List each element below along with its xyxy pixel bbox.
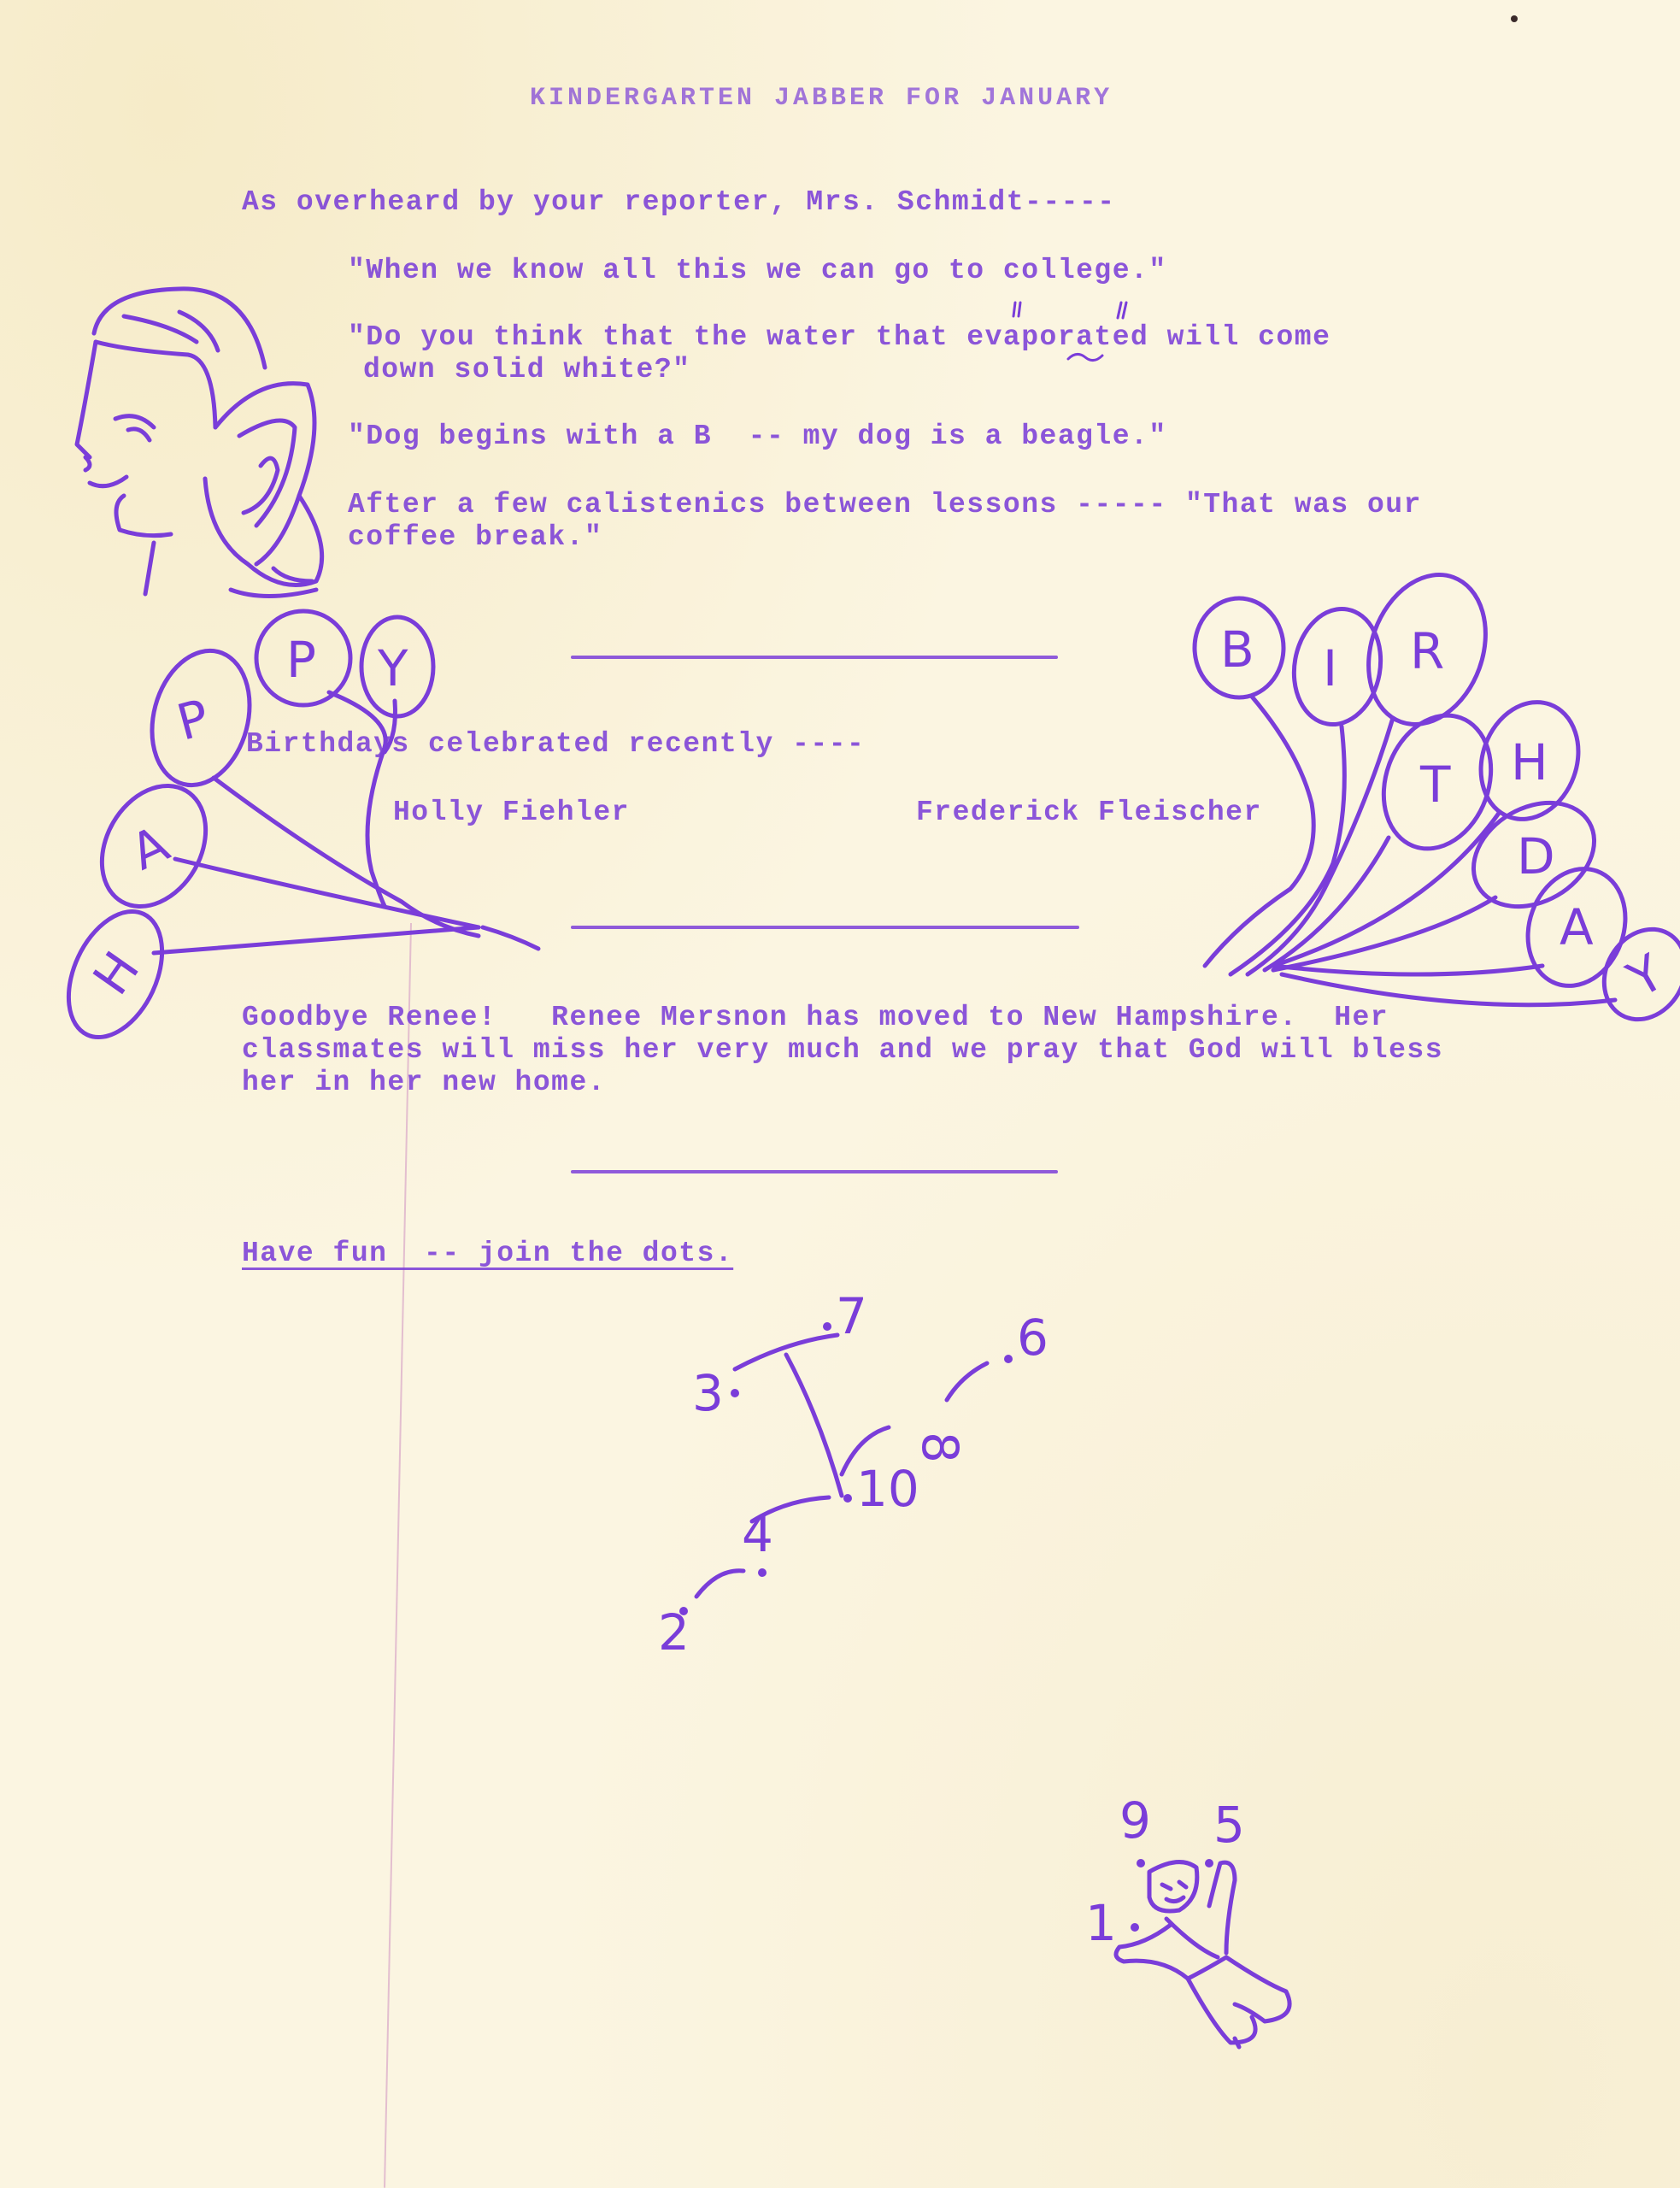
paper-speck (1511, 15, 1518, 22)
calisthenics-line2: coffee break." (348, 521, 602, 553)
dot-label-3: 3 (692, 1364, 724, 1422)
divider-rule-3 (571, 1170, 1058, 1173)
balloon-letter-h2: H (1511, 733, 1548, 791)
goodbye-line1: Goodbye Renee! Renee Mersnon has moved t… (242, 1002, 1389, 1033)
birthday-name-holly: Holly Fiehler (393, 797, 630, 828)
balloon-letter-t: T (1419, 756, 1451, 814)
jumping-figure-dots-icon: 9 5 1 (1068, 1786, 1359, 2145)
intro-line: As overheard by your reporter, Mrs. Schm… (242, 186, 1116, 218)
quote-water-line1: "Do you think that the water that evapor… (348, 321, 1330, 353)
birthday-name-frederick: Frederick Fleischer (916, 797, 1262, 828)
dot-label-6: 6 (1017, 1309, 1049, 1367)
goodbye-line2: classmates will miss her very much and w… (242, 1034, 1443, 1066)
connect-the-dots-puzzle-icon: 7 3 10 4 2 8 6 (632, 1273, 1231, 1701)
dot-label-2: 2 (658, 1603, 690, 1662)
balloon-letter-d: D (1517, 827, 1555, 885)
balloon-letter-a: A (122, 815, 178, 882)
dot-label-1: 1 (1085, 1894, 1117, 1952)
head-profile-icon (60, 273, 350, 615)
quote-dog: "Dog begins with a B -- my dog is a beag… (348, 421, 1167, 452)
calisthenics-line1: After a few calistenics between lessons … (348, 489, 1422, 521)
divider-rule-1 (571, 656, 1058, 659)
page-title: KINDERGARTEN JABBER FOR JANUARY (530, 84, 1113, 113)
quote-college: "When we know all this we can go to coll… (348, 255, 1167, 286)
dot-label-5: 5 (1213, 1796, 1245, 1854)
balloon-letter-p1: P (171, 688, 214, 752)
balloon-letter-h: H (82, 941, 151, 1005)
balloon-letter-r: R (1410, 622, 1444, 680)
balloon-letter-i: I (1323, 639, 1337, 697)
join-dots-prompt: Have fun -- join the dots. (242, 1238, 733, 1269)
dot-label-7: 7 (836, 1287, 867, 1345)
dot-label-4: 4 (742, 1505, 773, 1563)
spelling-correction-marks (1008, 299, 1145, 376)
quote-water-line2: down solid white?" (363, 354, 690, 385)
balloon-letter-b: B (1220, 621, 1254, 679)
balloon-letter-y: Y (377, 639, 408, 697)
goodbye-line3: her in her new home. (242, 1067, 606, 1098)
balloon-letter-y2: Y (1618, 943, 1674, 1009)
balloon-letter-p2: P (286, 631, 316, 689)
dot-label-10: 10 (856, 1460, 919, 1518)
dot-label-9: 9 (1119, 1791, 1151, 1850)
dot-label-8: 8 (911, 1432, 969, 1463)
balloon-letter-a2: A (1560, 898, 1594, 956)
birthdays-heading: Birthdays celebrated recently ---- (246, 728, 865, 760)
divider-rule-2 (571, 926, 1079, 929)
happy-balloons-icon: H A P P Y (60, 598, 590, 1060)
